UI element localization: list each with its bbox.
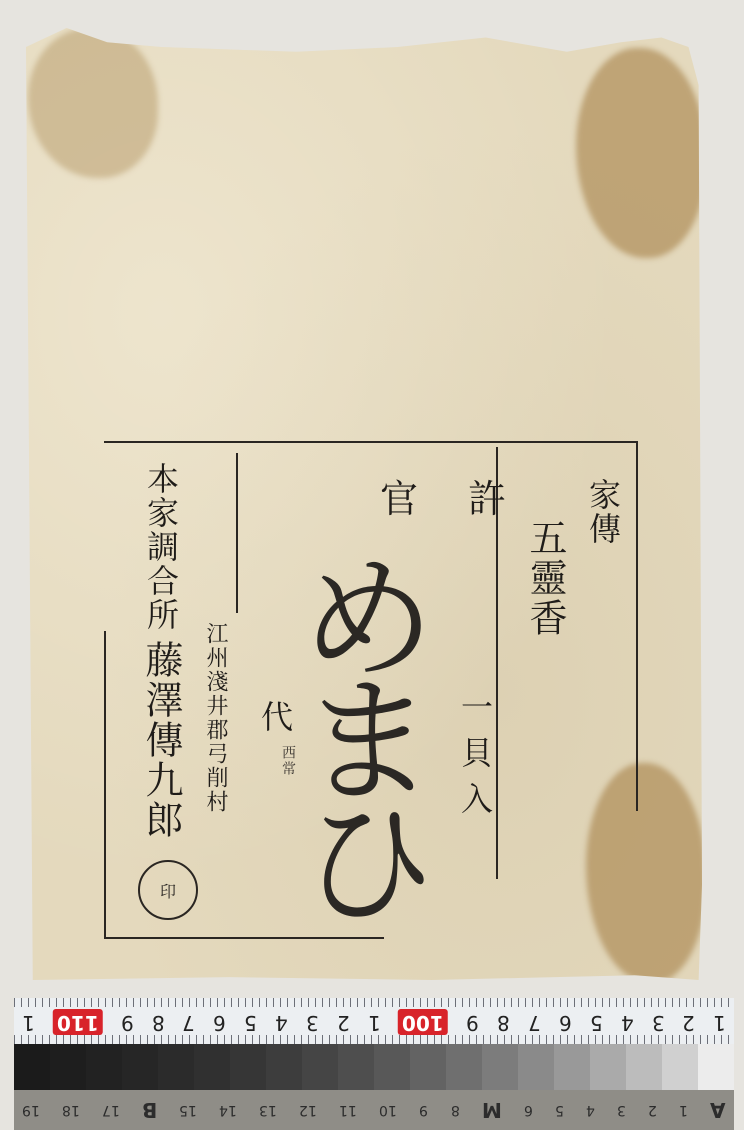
ruler-number: 8 bbox=[497, 1009, 510, 1035]
product-name: 五靈香 bbox=[518, 518, 573, 638]
ruler-number: 1 bbox=[22, 1009, 35, 1035]
patch-label: 3 bbox=[617, 1102, 626, 1118]
ruler-number: 9 bbox=[466, 1009, 479, 1035]
ruler-number: 1 bbox=[368, 1009, 381, 1035]
ruler-number: 3 bbox=[306, 1009, 319, 1035]
ruler-number: 7 bbox=[182, 1009, 195, 1035]
gray-patch bbox=[14, 1044, 50, 1090]
gray-patch bbox=[662, 1044, 698, 1090]
note-small: 西常 bbox=[278, 745, 298, 777]
frame-right-border bbox=[636, 441, 638, 811]
measurement-ruler: 1 110 9 8 7 6 5 4 3 2 1 100 9 8 7 6 5 4 … bbox=[14, 998, 734, 1044]
frame-top-border bbox=[104, 441, 638, 443]
ruler-number: 2 bbox=[337, 1009, 350, 1035]
patch-label: 2 bbox=[648, 1102, 657, 1118]
ruler-number: 3 bbox=[652, 1009, 665, 1035]
price-char: 入 bbox=[456, 782, 494, 828]
water-stain bbox=[576, 48, 706, 258]
patch-label: 10 bbox=[379, 1102, 397, 1118]
gray-patch bbox=[302, 1044, 338, 1090]
patch-label: M bbox=[482, 1098, 502, 1122]
ruler-number: 4 bbox=[275, 1009, 288, 1035]
patch-label: A bbox=[710, 1098, 725, 1122]
patch-label: 18 bbox=[62, 1102, 80, 1118]
heading-kaden: 家傳 bbox=[580, 478, 626, 546]
price-label: 代 bbox=[252, 700, 298, 734]
ruler-ticks bbox=[14, 1035, 734, 1044]
column-divider bbox=[236, 453, 238, 613]
gray-patch bbox=[86, 1044, 122, 1090]
ruler-number-highlight: 100 bbox=[398, 1009, 448, 1035]
gray-patch bbox=[626, 1044, 662, 1090]
ruler-number: 5 bbox=[590, 1009, 603, 1035]
price-char: 貝 bbox=[456, 736, 494, 782]
ruler-number: 6 bbox=[213, 1009, 226, 1035]
frame-left-border bbox=[104, 631, 106, 939]
gray-patch bbox=[374, 1044, 410, 1090]
ruler-number: 6 bbox=[559, 1009, 572, 1035]
patch-label: 8 bbox=[451, 1102, 460, 1118]
ruler-number: 9 bbox=[121, 1009, 134, 1035]
gray-patch bbox=[338, 1044, 374, 1090]
color-scale-ruler: 1 110 9 8 7 6 5 4 3 2 1 100 9 8 7 6 5 4 … bbox=[14, 998, 734, 1130]
address: 江州淺井郡弓削村 bbox=[200, 622, 231, 814]
price-char: 一 bbox=[456, 690, 494, 736]
gray-patch bbox=[266, 1044, 302, 1090]
large-kana-title: めまひ bbox=[286, 545, 426, 911]
patch-label: 6 bbox=[524, 1102, 533, 1118]
patch-label: 17 bbox=[102, 1102, 120, 1118]
maker-name: 藤澤傳九郎 bbox=[134, 640, 189, 840]
gray-patch bbox=[50, 1044, 86, 1090]
ruler-number: 5 bbox=[244, 1009, 257, 1035]
ruler-numbers: 1 110 9 8 7 6 5 4 3 2 1 100 9 8 7 6 5 4 … bbox=[14, 1009, 734, 1035]
gray-patch bbox=[230, 1044, 266, 1090]
gray-patch bbox=[482, 1044, 518, 1090]
frame-bottom-border bbox=[104, 937, 384, 939]
seal-stamp: 印 bbox=[138, 860, 198, 920]
patch-label: 13 bbox=[259, 1102, 277, 1118]
ruler-number-highlight: 110 bbox=[53, 1009, 103, 1035]
ruler-number: 4 bbox=[621, 1009, 634, 1035]
ruler-number: 8 bbox=[152, 1009, 165, 1035]
gray-patch bbox=[158, 1044, 194, 1090]
water-stain bbox=[28, 28, 158, 178]
patch-label: 9 bbox=[419, 1102, 428, 1118]
maker-header: 本家調合所 bbox=[138, 462, 184, 632]
gray-patch bbox=[122, 1044, 158, 1090]
grayscale-labels: 19 18 17 B 15 14 13 12 11 10 9 8 M 6 5 4… bbox=[14, 1090, 734, 1130]
patch-label: 4 bbox=[586, 1102, 595, 1118]
gray-patch bbox=[554, 1044, 590, 1090]
gray-patch bbox=[446, 1044, 482, 1090]
patch-label: 12 bbox=[299, 1102, 317, 1118]
patch-label: 5 bbox=[555, 1102, 564, 1118]
patch-label: B bbox=[142, 1098, 157, 1122]
gray-patch bbox=[518, 1044, 554, 1090]
ruler-number: 2 bbox=[682, 1009, 695, 1035]
patch-label: 11 bbox=[339, 1102, 357, 1118]
gray-patch bbox=[410, 1044, 446, 1090]
gray-patch bbox=[590, 1044, 626, 1090]
patch-label: 15 bbox=[179, 1102, 197, 1118]
patch-label: 19 bbox=[22, 1102, 40, 1118]
official-permit-title: 官許 bbox=[380, 468, 556, 523]
grayscale-patches bbox=[14, 1044, 734, 1090]
ruler-number: 1 bbox=[713, 1009, 726, 1035]
gray-patch bbox=[194, 1044, 230, 1090]
gray-patch bbox=[698, 1044, 734, 1090]
patch-label: 14 bbox=[219, 1102, 237, 1118]
patch-label: 1 bbox=[679, 1102, 688, 1118]
price-note: 一貝入 bbox=[452, 690, 498, 828]
ruler-number: 7 bbox=[528, 1009, 541, 1035]
